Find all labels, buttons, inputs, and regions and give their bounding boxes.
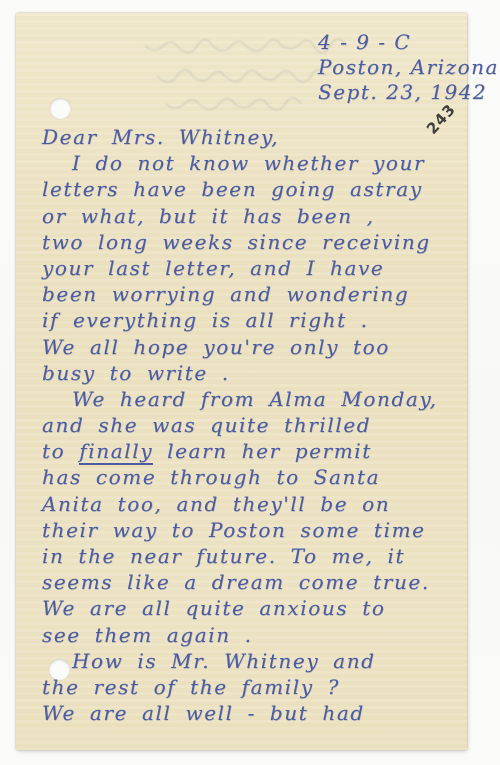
letter-line: been worrying and wondering	[42, 281, 467, 307]
letter-line: and she was quite thrilled	[42, 412, 467, 438]
letter-line: letters have been going astray	[42, 176, 467, 202]
letter-header: 4 - 9 - C Poston, Arizona Sept. 23, 1942	[318, 30, 499, 105]
letter-paper: 243 4 - 9 - C Poston, Arizona Sept. 23, …	[16, 13, 467, 750]
letter-line: has come through to Santa	[42, 464, 467, 490]
letter-line: Anita too, and they'll be on	[42, 491, 467, 517]
letter-line: We heard from Alma Monday,	[42, 386, 467, 412]
salutation: Dear Mrs. Whitney,	[42, 124, 467, 150]
underlined-word: finally	[79, 439, 153, 465]
scan-background: 243 4 - 9 - C Poston, Arizona Sept. 23, …	[0, 0, 500, 765]
header-location-line: Poston, Arizona	[318, 55, 499, 80]
letter-line: the rest of the family ?	[42, 674, 467, 700]
letter-line: How is Mr. Whitney and	[42, 648, 467, 674]
bleed-through-writing	[46, 28, 356, 118]
letter-line: busy to write .	[42, 360, 467, 386]
letter-body: Dear Mrs. Whitney, I do not know whether…	[42, 124, 467, 726]
letter-line-pre: to	[42, 439, 79, 463]
letter-line: in the near future. To me, it	[42, 543, 467, 569]
letter-line: or what, but it has been ,	[42, 203, 467, 229]
letter-line: seems like a dream come true.	[42, 569, 467, 595]
letter-line: I do not know whether your	[42, 150, 467, 176]
header-address-line: 4 - 9 - C	[318, 30, 499, 55]
letter-line: We all hope you're only too	[42, 334, 467, 360]
letter-line: two long weeks since receiving	[42, 229, 467, 255]
letter-line: their way to Poston some time	[42, 517, 467, 543]
letter-line: We are all well - but had	[42, 700, 467, 726]
punch-hole-top	[50, 98, 71, 119]
letter-line: your last letter, and I have	[42, 255, 467, 281]
header-date-line: Sept. 23, 1942	[318, 80, 499, 105]
letter-line-with-underline: to finally learn her permit	[42, 438, 467, 464]
letter-line: see them again .	[42, 622, 467, 648]
letter-line-post: learn her permit	[153, 439, 372, 463]
letter-line: if everything is all right .	[42, 307, 467, 333]
letter-line: We are all quite anxious to	[42, 595, 467, 621]
